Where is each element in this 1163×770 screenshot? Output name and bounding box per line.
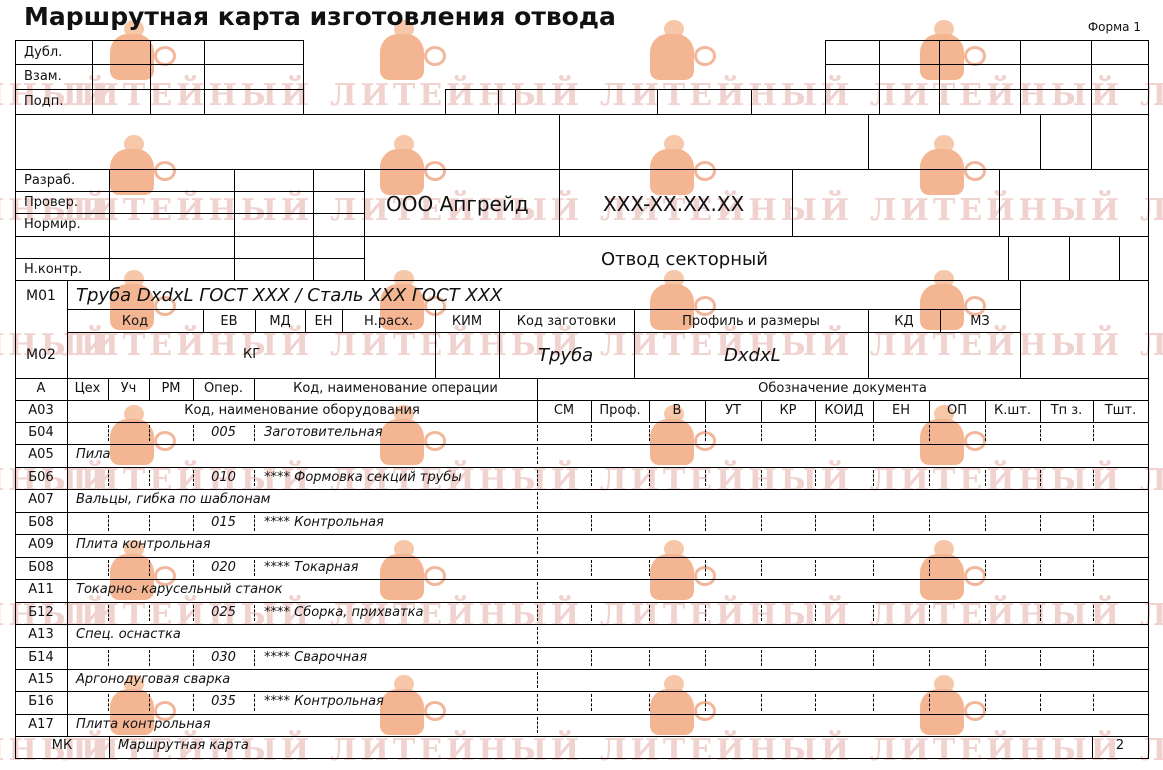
row-oper-number: 015	[193, 512, 254, 534]
col-md: МД	[255, 311, 305, 333]
hdr-rm: РМ	[149, 378, 193, 400]
row-code: Б06	[15, 467, 67, 489]
row-code: А09	[15, 534, 67, 556]
label-nkontr: Н.контр.	[24, 259, 82, 281]
row-operation-name: **** Сварочная	[264, 647, 367, 669]
row-code: Б08	[15, 512, 67, 534]
row-equipment-name: Плита контрольная	[76, 714, 211, 736]
row-operation-name: **** Токарная	[264, 557, 358, 579]
col-profile: Профиль и размеры	[634, 311, 868, 333]
hdr-doc-col: КР	[761, 400, 815, 422]
row-operation-name: **** Сборка, прихватка	[264, 602, 423, 624]
row-equipment-name: Вальцы, гибка по шаблонам	[76, 489, 270, 511]
row-equipment-name: Токарно- карусельный станок	[76, 579, 282, 601]
hdr-doc-col: Тшт.	[1093, 400, 1148, 422]
m02-blank-code: Труба	[538, 343, 593, 369]
row-equipment-name: Аргонодуговая сварка	[76, 669, 230, 691]
row-code: Б12	[15, 602, 67, 624]
hdr-doc-col: СМ	[537, 400, 591, 422]
founder-figure-icon	[642, 675, 722, 737]
col-blank-code: Код заготовки	[499, 311, 634, 333]
row-code: А05	[15, 444, 67, 466]
row-equipment-name: Пила	[76, 444, 111, 466]
row-operation-name: **** Контрольная	[264, 512, 384, 534]
row-oper-number: 020	[193, 557, 254, 579]
hdr-oper: Опер.	[193, 378, 254, 400]
page-number: 2	[1092, 735, 1148, 757]
form-label: Форма 1	[1088, 20, 1141, 34]
m02-profile: DxdxL	[724, 343, 781, 369]
row-code: Б04	[15, 422, 67, 444]
hdr-a03: А03	[15, 400, 67, 422]
row-equipment-name: Спец. оснастка	[76, 624, 181, 646]
row-code: А17	[15, 714, 67, 736]
founder-figure-icon	[912, 675, 992, 737]
row-code: А13	[15, 624, 67, 646]
hdr-doc-col: Тп з.	[1040, 400, 1093, 422]
footer-text: Маршрутная карта	[118, 735, 249, 757]
hdr-document: Обозначение документа	[537, 378, 1148, 400]
footer-code: МК	[15, 735, 109, 757]
col-kd: КД	[868, 311, 940, 333]
product-name: Отвод секторный	[601, 247, 768, 273]
row-code: Б16	[15, 691, 67, 713]
founder-figure-icon	[642, 540, 722, 602]
founder-figure-icon	[642, 135, 722, 197]
label-normir: Нормир.	[24, 214, 81, 236]
row-code: А15	[15, 669, 67, 691]
founder-figure-icon	[372, 135, 452, 197]
row-code: А07	[15, 489, 67, 511]
label-razrab: Разраб.	[24, 170, 75, 192]
organization-name: ООО Апгрейд	[386, 191, 529, 217]
founder-figure-icon	[372, 540, 452, 602]
row-oper-number: 035	[193, 691, 254, 713]
hdr-tseh: Цех	[67, 378, 108, 400]
m01-code: М01	[15, 285, 67, 307]
m02-ev-value: КГ	[243, 344, 260, 366]
row-oper-number: 010	[193, 467, 254, 489]
row-operation-name: **** Контрольная	[264, 691, 384, 713]
m01-material: Труба DxdxL ГОСТ XXX / Сталь XXX ГОСТ XX…	[76, 284, 502, 308]
label-vzam: Взам.	[24, 66, 62, 88]
m02-code: М02	[15, 344, 67, 366]
label-podp: Подп.	[24, 91, 63, 113]
hdr-doc-col: ОП	[929, 400, 985, 422]
row-oper-number: 005	[193, 422, 254, 444]
hdr-a: А	[15, 378, 67, 400]
hdr-doc-col: КОИД	[815, 400, 873, 422]
hdr-doc-col: Проф.	[591, 400, 649, 422]
hdr-doc-col: ЕН	[873, 400, 929, 422]
col-ev: ЕВ	[203, 311, 255, 333]
row-operation-name: **** Формовка секций трубы	[264, 467, 462, 489]
hdr-doc-col: В	[649, 400, 705, 422]
row-oper-number: 030	[193, 647, 254, 669]
founder-figure-icon	[102, 135, 182, 197]
row-code: А11	[15, 579, 67, 601]
col-en: ЕН	[305, 311, 342, 333]
label-dubl: Дубл.	[24, 42, 62, 64]
founder-figure-icon	[912, 20, 992, 82]
page-title: Маршрутная карта изготовления отвода	[24, 2, 616, 31]
document-designation: XXX-XX.XX.XX	[603, 191, 744, 217]
founder-figure-icon	[372, 675, 452, 737]
founder-figure-icon	[912, 135, 992, 197]
hdr-doc-col: УТ	[705, 400, 761, 422]
founder-figure-icon	[912, 540, 992, 602]
col-kod: Код	[67, 311, 203, 333]
row-equipment-name: Плита контрольная	[76, 534, 211, 556]
row-code: Б14	[15, 647, 67, 669]
row-oper-number: 025	[193, 602, 254, 624]
row-code: Б08	[15, 557, 67, 579]
hdr-uch: Уч	[108, 378, 149, 400]
hdr-operation: Код, наименование операции	[254, 378, 537, 400]
label-prover: Провер.	[24, 192, 78, 214]
row-operation-name: Заготовительная	[264, 422, 383, 444]
col-nrash: Н.расх.	[342, 311, 435, 333]
col-mz: МЗ	[940, 311, 1020, 333]
hdr-doc-col: К.шт.	[985, 400, 1040, 422]
hdr-equipment: Код, наименование оборудования	[67, 400, 537, 422]
founder-figure-icon	[642, 20, 722, 82]
col-kim: КИМ	[435, 311, 499, 333]
